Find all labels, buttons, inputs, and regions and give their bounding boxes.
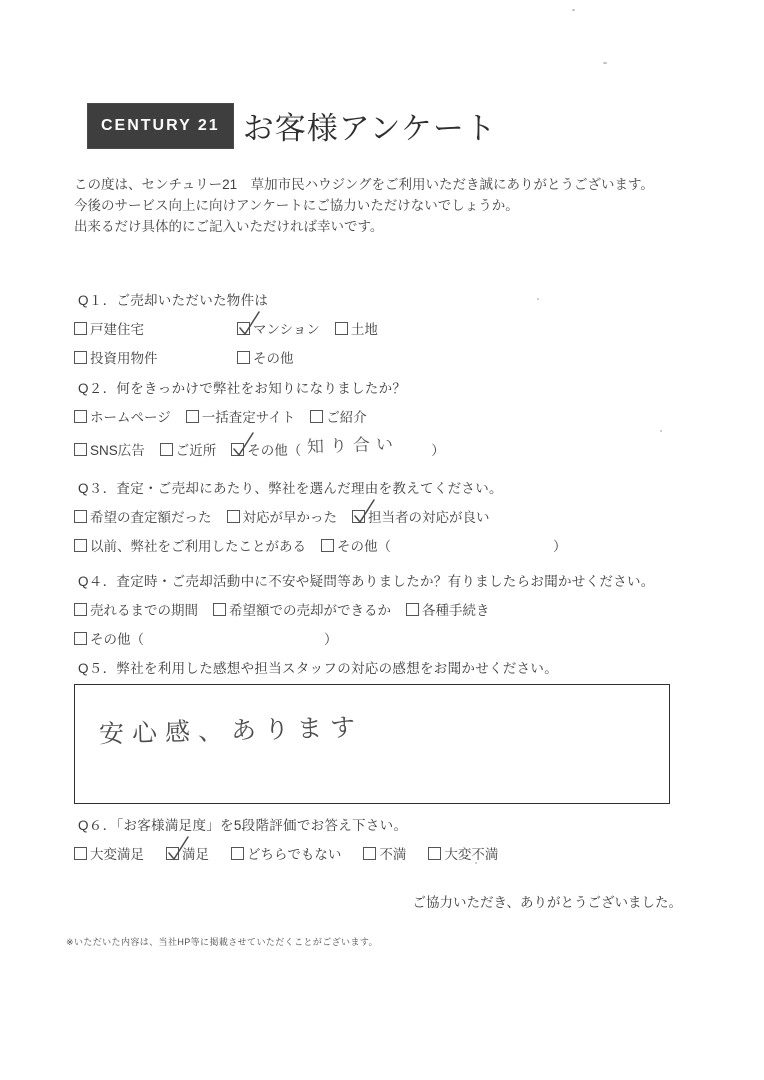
option-label: 投資用物件 [90, 351, 158, 366]
option-label: 希望額での売却ができるか [229, 603, 391, 618]
survey-page: CENTURY 21 お客様アンケート この度は、センチュリー21 草加市民ハウ… [0, 0, 764, 948]
scan-artifact [572, 9, 575, 11]
checkbox[interactable] [406, 603, 419, 616]
century21-logo: CENTURY 21 [88, 104, 233, 148]
survey-option: その他 [237, 347, 294, 367]
survey-option: その他（） [74, 628, 338, 648]
scan-artifact [537, 298, 539, 300]
checkbox[interactable] [74, 510, 87, 523]
option-label: 以前、弊社をご利用したことがある [90, 539, 306, 554]
checkbox[interactable] [74, 632, 87, 645]
survey-option: その他（） [321, 535, 567, 555]
survey-option: 大変満足 [74, 843, 144, 863]
option-label: 売れるまでの期間 [90, 603, 198, 618]
survey-option: どちらでもない [231, 843, 341, 863]
option-label: ご近所 [176, 443, 217, 458]
option-row: ホームページ一括査定サイトご紹介 [74, 406, 704, 426]
option-label: ホームページ [90, 410, 171, 425]
option-row: 戸建住宅マンション土地 [74, 318, 704, 338]
handwritten-answer: 安心感、あります [99, 708, 364, 751]
question-q3: Q３．査定・ご売却にあたり、弊社を選んだ理由を教えてください。希望の査定額だった… [74, 477, 704, 555]
checkbox[interactable] [186, 410, 199, 423]
question-q2: Q２．何をきっかけで弊社をお知りになりましたか？ホームページ一括査定サイトご紹介… [74, 377, 704, 460]
intro-paragraph: この度は、センチュリー21 草加市民ハウジングをご利用いただき誠にありがとうござ… [74, 174, 704, 237]
survey-option: ご近所 [160, 439, 217, 459]
option-row: その他（） [74, 628, 704, 648]
survey-option: 以前、弊社をご利用したことがある [74, 535, 306, 555]
option-label: 対応が早かった [243, 510, 338, 525]
free-text-paren: （） [131, 632, 338, 647]
closing-message: ご協力いただき、ありがとうございました。 [74, 891, 704, 911]
checkbox[interactable] [335, 322, 348, 335]
option-row: 売れるまでの期間希望額での売却ができるか各種手続き [74, 599, 704, 619]
option-label: その他 [253, 351, 294, 366]
question-q4: Q４．査定時・ご売却活動中に不安や疑問等ありましたか？有りましたらお聞かせくださ… [74, 570, 704, 648]
scan-artifact [603, 62, 607, 64]
checkbox[interactable] [74, 603, 87, 616]
checkbox[interactable] [310, 410, 323, 423]
survey-option: ご紹介 [310, 406, 367, 426]
survey-option: 希望額での売却ができるか [213, 599, 391, 619]
survey-option: SNS広告 [74, 439, 145, 459]
option-label: その他 [247, 443, 288, 458]
question-label: Q１．ご売却いただいた物件は [74, 289, 704, 309]
survey-option: 土地 [335, 318, 378, 338]
free-text-paren: （知り合い） [288, 443, 445, 458]
option-label: その他 [90, 632, 131, 647]
option-label: マンション [253, 322, 320, 337]
survey-option: 対応が早かった [227, 506, 338, 526]
free-text-area[interactable]: 知り合い [301, 435, 431, 460]
scan-artifact [475, 862, 477, 864]
question-label: Q５．弊社を利用した感想や担当スタッフの対応の感想をお聞かせください。 [74, 657, 704, 677]
option-label: 大変不満 [444, 847, 498, 862]
checkbox[interactable] [227, 510, 240, 523]
question-label: Q３．査定・ご売却にあたり、弊社を選んだ理由を教えてください。 [74, 477, 704, 497]
checkbox[interactable] [363, 847, 376, 860]
option-row: SNS広告ご近所その他（知り合い） [74, 435, 704, 460]
survey-option: 売れるまでの期間 [74, 599, 198, 619]
survey-option: 戸建住宅 [74, 318, 222, 338]
question-q1: Q１．ご売却いただいた物件は戸建住宅マンション土地投資用物件その他 [74, 289, 704, 367]
checkbox[interactable] [428, 847, 441, 860]
option-label: 不満 [379, 847, 406, 862]
checkbox[interactable] [166, 847, 179, 860]
checkbox[interactable] [74, 322, 87, 335]
survey-option: 投資用物件 [74, 347, 222, 367]
handwritten-text: 知り合い [307, 429, 400, 457]
option-row: 以前、弊社をご利用したことがあるその他（） [74, 535, 704, 555]
option-label: SNS広告 [90, 443, 145, 458]
intro-line: この度は、センチュリー21 草加市民ハウジングをご利用いただき誠にありがとうござ… [74, 174, 704, 195]
option-label: その他 [337, 539, 378, 554]
checkbox[interactable] [74, 847, 87, 860]
checkbox[interactable] [74, 539, 87, 552]
checkbox[interactable] [74, 410, 87, 423]
survey-option: 大変不満 [428, 843, 498, 863]
questions-section: Q１．ご売却いただいた物件は戸建住宅マンション土地投資用物件その他Q２．何をきっ… [74, 289, 704, 863]
survey-option: 各種手続き [406, 599, 490, 619]
option-row: 希望の査定額だった対応が早かった担当者の対応が良い [74, 506, 704, 526]
survey-option: 満足 [166, 843, 209, 863]
checkbox[interactable] [352, 510, 365, 523]
survey-option: マンション [237, 318, 320, 338]
checkbox[interactable] [213, 603, 226, 616]
survey-option: 希望の査定額だった [74, 506, 212, 526]
intro-line: 今後のサービス向上に向けアンケートにご協力いただけないでしょうか。 [74, 195, 704, 216]
option-label: 大変満足 [90, 847, 144, 862]
survey-option: 一括査定サイト [186, 406, 296, 426]
checkbox[interactable] [231, 443, 244, 456]
checkbox[interactable] [237, 322, 250, 335]
scan-artifact [660, 430, 662, 432]
option-row: 投資用物件その他 [74, 347, 704, 367]
survey-option: 担当者の対応が良い [352, 506, 490, 526]
option-label: どちらでもない [247, 847, 341, 862]
q5-answer-box[interactable]: 安心感、あります [74, 684, 670, 804]
option-label: 満足 [182, 847, 209, 862]
footnote: ※いただいた内容は、当社HP等に掲載させていただくことがございます。 [66, 935, 704, 948]
survey-option: 不満 [363, 843, 406, 863]
option-label: 各種手続き [422, 603, 490, 618]
checkbox[interactable] [160, 443, 173, 456]
survey-option: その他（知り合い） [231, 435, 445, 460]
page-title: お客様アンケート [243, 103, 497, 148]
option-label: 希望の査定額だった [90, 510, 212, 525]
intro-line: 出来るだけ具体的にご記入いただければ幸いです。 [74, 216, 704, 237]
question-label: Q２．何をきっかけで弊社をお知りになりましたか？ [74, 377, 704, 397]
option-row: 大変満足満足どちらでもない不満大変不満 [74, 843, 704, 863]
checkbox[interactable] [321, 539, 334, 552]
checkbox[interactable] [74, 351, 87, 364]
free-text-paren: （） [378, 539, 567, 554]
checkbox[interactable] [237, 351, 250, 364]
header: CENTURY 21 お客様アンケート [88, 103, 704, 148]
option-label: 戸建住宅 [90, 322, 144, 337]
question-label: Q６．「お客様満足度」を5段階評価でお答え下さい。 [74, 814, 704, 834]
option-label: 一括査定サイト [202, 410, 296, 425]
option-label: ご紹介 [326, 410, 367, 425]
survey-option: ホームページ [74, 406, 171, 426]
checkbox[interactable] [74, 443, 87, 456]
question-q5: Q５．弊社を利用した感想や担当スタッフの対応の感想をお聞かせください。安心感、あ… [74, 657, 704, 804]
question-q6: Q６．「お客様満足度」を5段階評価でお答え下さい。大変満足満足どちらでもない不満… [74, 814, 704, 863]
question-label: Q４．査定時・ご売却活動中に不安や疑問等ありましたか？有りましたらお聞かせくださ… [74, 570, 704, 590]
option-label: 土地 [351, 322, 378, 337]
option-label: 担当者の対応が良い [368, 510, 490, 525]
checkbox[interactable] [231, 847, 244, 860]
